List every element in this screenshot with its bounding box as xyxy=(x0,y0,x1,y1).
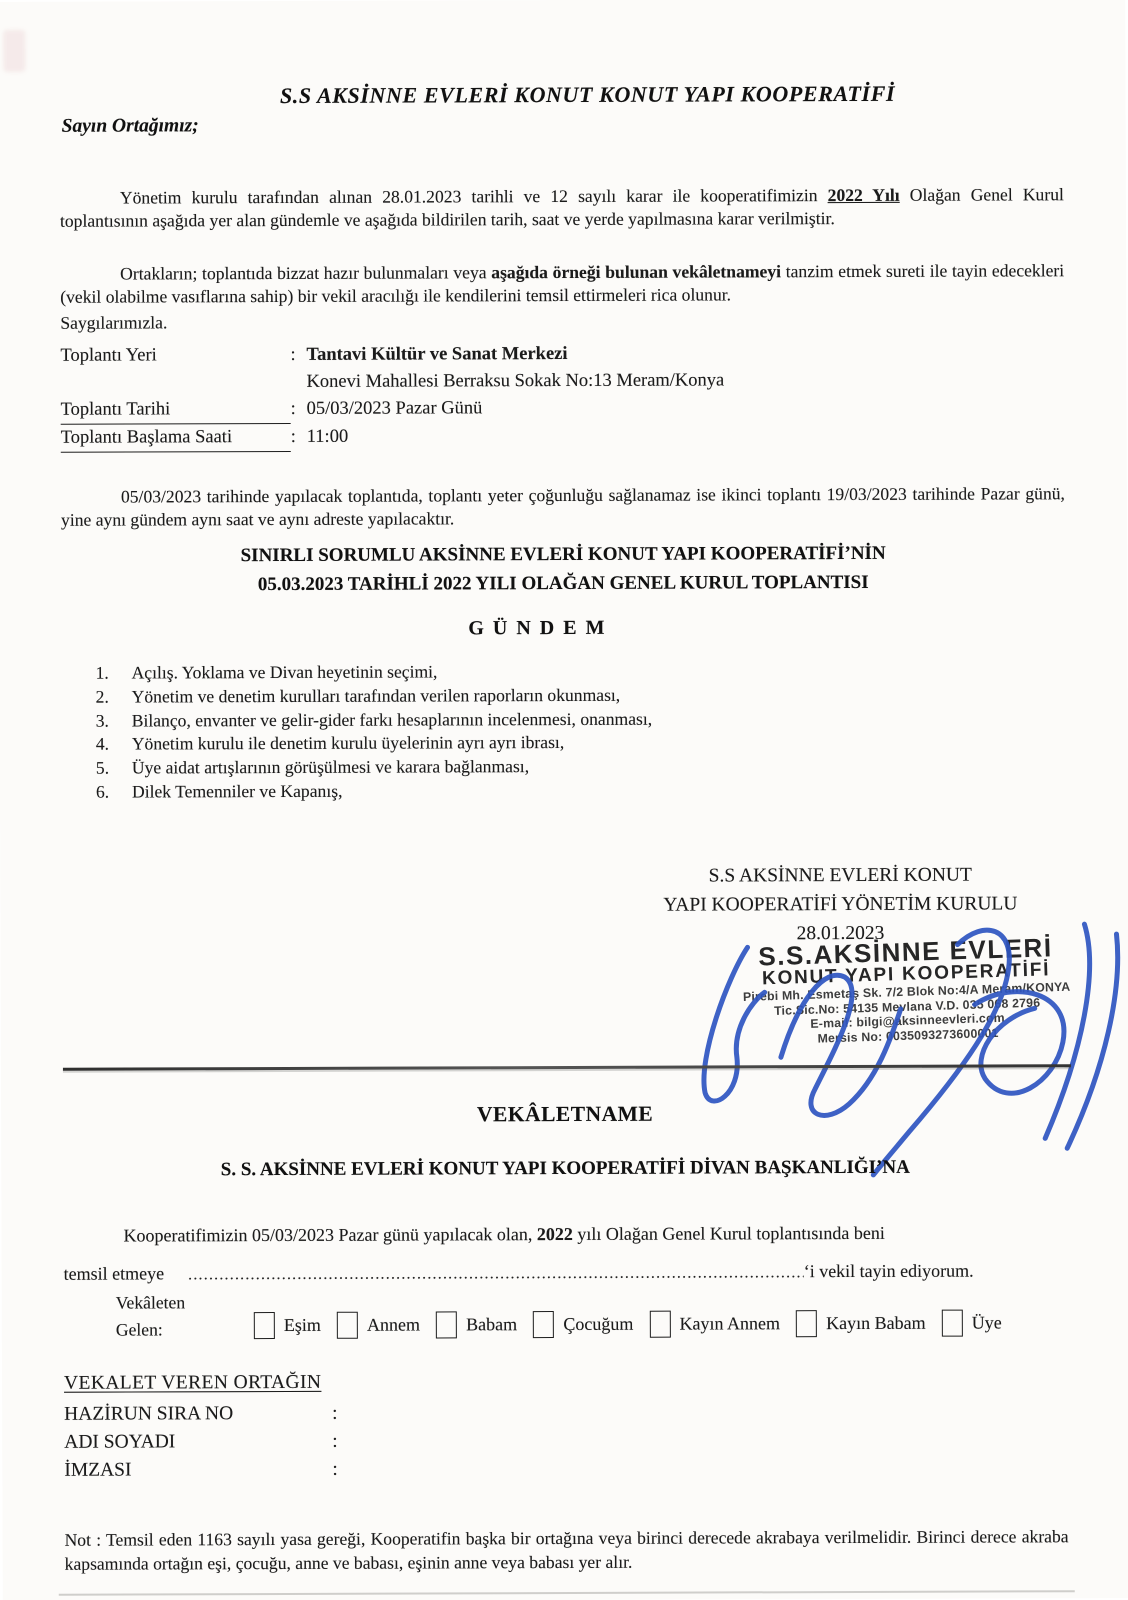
checkbox-box[interactable] xyxy=(942,1310,963,1337)
intro-p1-text: Yönetim kurulu tarafından alınan 28.01.2… xyxy=(120,185,828,207)
meeting-place-value: Tantavi Kültür ve Sanat Merkezi xyxy=(306,339,1064,369)
agenda-item-number: 5. xyxy=(96,757,132,781)
general-assembly-heading: SINIRLI SORUMLU AKSİNNE EVLERİ KONUT YAP… xyxy=(0,538,1127,600)
vekaleten-line1: Vekâleten xyxy=(116,1289,185,1316)
vekaletname-body-pre: Kooperatifimizin 05/03/2023 Pazar günü y… xyxy=(123,1224,536,1245)
checkbox-babam[interactable]: Babam xyxy=(436,1311,517,1338)
grantor-section-heading: VEKALET VEREN ORTAĞIN xyxy=(64,1372,321,1395)
meeting-time-label: Toplantı Başlama Saati xyxy=(61,424,291,453)
agenda-item-text: Bilanço, envanter ve gelir-gider farkı h… xyxy=(132,707,653,733)
vekaletname-title: VEKÂLETNAME xyxy=(1,1100,1128,1129)
checkbox-kayin-babam[interactable]: Kayın Babam xyxy=(796,1310,926,1337)
second-meeting-notice: 05/03/2023 tarihinde yapılacak toplantıd… xyxy=(61,482,1065,532)
checkbox-esim[interactable]: Eşim xyxy=(254,1312,321,1339)
colon: : xyxy=(290,342,306,369)
meeting-time-value: 11:00 xyxy=(307,421,1065,452)
cooperative-stamp: S.S.AKSİNNE EVLERİ KONUT YAPI KOOPERATİF… xyxy=(687,932,1126,1050)
colon: : xyxy=(332,1400,338,1428)
checkbox-label: Annem xyxy=(367,1315,420,1336)
meeting-date-label: Toplantı Tarihi xyxy=(61,396,291,425)
intro-paragraph-1: Yönetim kurulu tarafından alınan 28.01.2… xyxy=(60,183,1064,233)
colon: : xyxy=(291,396,307,424)
section-divider-line xyxy=(63,1064,1071,1071)
grantor-fields: HAZİRUN SIRA NO : ADI SOYADI : İMZASI : xyxy=(64,1399,564,1485)
agenda-item: 1.Açılış. Yoklama ve Divan heyetinin seç… xyxy=(96,658,1036,685)
agenda-item: 5.Üye aidat artışlarının görüşülmesi ve … xyxy=(96,754,1036,781)
document-title: S.S AKSİNNE EVLERİ KONUT KONUT YAPI KOOP… xyxy=(0,80,1126,110)
closing-regards: Saygılarımızla. xyxy=(60,312,167,333)
meeting-time-row: Toplantı Başlama Saati : 11:00 xyxy=(61,421,1065,453)
agenda-item-text: Açılış. Yoklama ve Divan heyetinin seçim… xyxy=(132,660,438,685)
vekaletname-body: Kooperatifimizin 05/03/2023 Pazar günü y… xyxy=(63,1222,1067,1247)
checkbox-box[interactable] xyxy=(649,1311,670,1338)
vekaletname-addressee: S. S. AKSİNNE EVLERİ KONUT YAPI KOOPERAT… xyxy=(1,1156,1128,1182)
grantor-row-sirano: HAZİRUN SIRA NO : xyxy=(64,1399,564,1429)
second-meeting-notice-text: 05/03/2023 tarihinde yapılacak toplantıd… xyxy=(61,483,1065,530)
checkbox-label: Üye xyxy=(972,1312,1002,1333)
vekaleten-line2: Gelen: xyxy=(116,1316,185,1343)
meeting-address-row: Konevi Mahallesi Berraksu Sokak No:13 Me… xyxy=(60,366,1064,397)
meeting-place-label: Toplantı Yeri xyxy=(60,342,290,370)
agenda-heading: G Ü N D E M xyxy=(0,615,1101,642)
fill-in-blank-dotted-line xyxy=(188,1264,804,1284)
scan-bottom-edge xyxy=(59,1590,1075,1596)
meeting-date-value: 05/03/2023 Pazar Günü xyxy=(307,393,1065,424)
grantor-label: HAZİRUN SIRA NO xyxy=(64,1400,332,1429)
board-line1: S.S AKSİNNE EVLERİ KONUT xyxy=(600,860,1080,891)
meeting-place-row: Toplantı Yeri : Tantavi Kültür ve Sanat … xyxy=(60,339,1064,370)
checkbox-label: Babam xyxy=(466,1314,517,1335)
grantor-row-adsoyad: ADI SOYADI : xyxy=(64,1427,564,1457)
scan-smudge-mark xyxy=(3,30,25,72)
checkbox-box[interactable] xyxy=(533,1311,554,1338)
checkbox-uye[interactable]: Üye xyxy=(942,1309,1002,1336)
grantor-label: İMZASI xyxy=(64,1456,332,1485)
general-assembly-heading-line2: 05.03.2023 TARİHLİ 2022 YILI OLAĞAN GENE… xyxy=(0,567,1127,600)
checkbox-annem[interactable]: Annem xyxy=(337,1312,420,1339)
grantor-row-imza: İMZASI : xyxy=(64,1455,564,1485)
footnote: Not : Temsil eden 1163 sayılı yasa gereğ… xyxy=(65,1524,1069,1576)
proxy-relation-checkbox-row: Eşim Annem Babam Çocuğum Kayın Annem Kay… xyxy=(254,1309,1002,1339)
agenda-item-number: 3. xyxy=(96,709,132,733)
scanned-document-page: S.S AKSİNNE EVLERİ KONUT KONUT YAPI KOOP… xyxy=(0,0,1128,1600)
agenda-item: 6.Dilek Temenniler ve Kapanış, xyxy=(96,777,1036,804)
vekaletname-body-year: 2022 xyxy=(537,1224,573,1244)
grantor-label: ADI SOYADI xyxy=(64,1428,332,1457)
checkbox-box[interactable] xyxy=(337,1312,358,1339)
intro-paragraph-2: Ortakların; toplantıda bizzat hazır bulu… xyxy=(60,259,1064,309)
agenda-item-number: 4. xyxy=(96,733,132,757)
checkbox-label: Kayın Annem xyxy=(679,1313,780,1334)
proxy-blank-label: temsil etmeye xyxy=(64,1263,165,1284)
salutation: Sayın Ortağımız; xyxy=(62,115,199,137)
intro-p2-bold: aşağıda örneği bulunan vekâletnameyi xyxy=(491,261,781,282)
board-line2: YAPI KOOPERATİFİ YÖNETİM KURULU xyxy=(600,889,1080,920)
agenda-item-text: Yönetim kurulu ile denetim kurulu üyeler… xyxy=(132,731,564,756)
agenda-item-text: Yönetim ve denetim kurulları tarafından … xyxy=(132,684,621,710)
agenda-item-text: Dilek Temenniler ve Kapanış, xyxy=(132,780,343,805)
meeting-date-row: Toplantı Tarihi : 05/03/2023 Pazar Günü xyxy=(61,393,1065,425)
meeting-details: Toplantı Yeri : Tantavi Kültür ve Sanat … xyxy=(60,339,1064,453)
vekaletname-body-post: yılı Olağan Genel Kurul toplantısında be… xyxy=(573,1223,885,1244)
checkbox-box[interactable] xyxy=(796,1310,817,1337)
checkbox-label: Çocuğum xyxy=(563,1314,633,1335)
agenda-item: 2.Yönetim ve denetim kurulları tarafında… xyxy=(96,682,1036,709)
checkbox-cocugum[interactable]: Çocuğum xyxy=(533,1311,633,1338)
intro-p2-text: Ortakların; toplantıda bizzat hazır bulu… xyxy=(120,262,491,283)
checkbox-box[interactable] xyxy=(254,1312,275,1339)
vekaleten-gelen-label: Vekâleten Gelen: xyxy=(116,1289,186,1343)
checkbox-label: Eşim xyxy=(284,1315,321,1336)
meeting-address-value: Konevi Mahallesi Berraksu Sokak No:13 Me… xyxy=(306,366,1064,396)
colon: : xyxy=(291,424,307,452)
agenda-list: 1.Açılış. Yoklama ve Divan heyetinin seç… xyxy=(96,658,1036,804)
proxy-name-blank-row: temsil etmeye ‘i vekil tayin ediyorum. xyxy=(64,1261,974,1285)
general-assembly-heading-line1: SINIRLI SORUMLU AKSİNNE EVLERİ KONUT YAP… xyxy=(0,538,1127,571)
agenda-item-number: 6. xyxy=(96,780,132,804)
agenda-item-text: Üye aidat artışlarının görüşülmesi ve ka… xyxy=(132,755,529,780)
colon: : xyxy=(332,1428,338,1456)
agenda-item-number: 2. xyxy=(96,685,132,709)
proxy-blank-suffix: ‘i vekil tayin ediyorum. xyxy=(804,1261,974,1283)
colon: : xyxy=(332,1456,338,1484)
checkbox-box[interactable] xyxy=(436,1311,457,1338)
agenda-item-number: 1. xyxy=(96,662,132,686)
agenda-item: 4.Yönetim kurulu ile denetim kurulu üyel… xyxy=(96,730,1036,757)
checkbox-kayin-annem[interactable]: Kayın Annem xyxy=(649,1310,780,1337)
intro-p1-bold-year: 2022 Yılı xyxy=(828,184,900,204)
agenda-item: 3.Bilanço, envanter ve gelir-gider farkı… xyxy=(96,706,1036,733)
checkbox-label: Kayın Babam xyxy=(826,1313,926,1334)
